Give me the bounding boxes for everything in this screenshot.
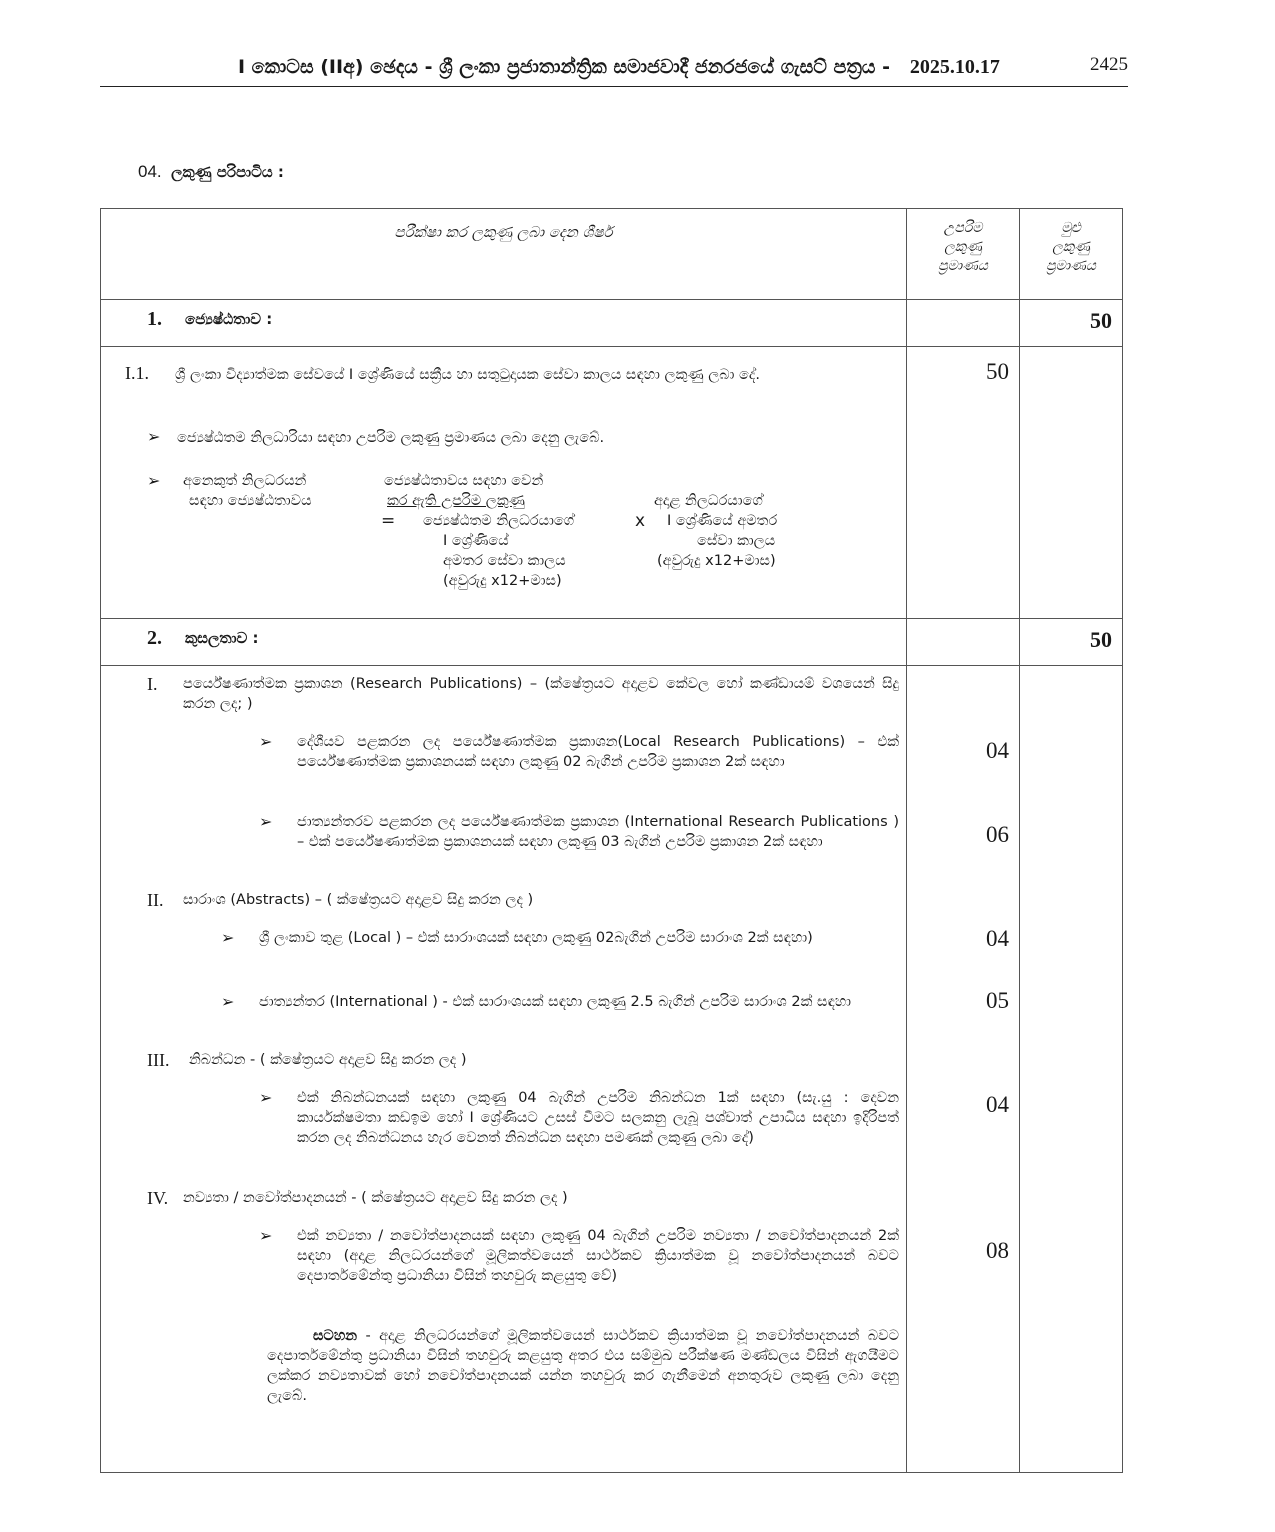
- formula-bullet: ➢: [147, 471, 177, 492]
- table-header-row: පරීක්ෂා කර ලකුණු ලබා දෙන ශීර්ෂ උපරිම ලකු…: [101, 209, 1123, 300]
- item-local-publications: දේශීයව පළකරන ලද පර්යේෂණාත්මක ප්‍රකාශන(Lo…: [297, 732, 899, 772]
- seniority-max-marks: 50: [986, 359, 1009, 385]
- header-subject: පරීක්ෂා කර ලකුණු ලබා දෙන ශීර්ෂ: [101, 209, 907, 300]
- arrow-bullet-icon: ➢: [259, 1088, 289, 1108]
- marks-table: පරීක්ෂා කර ලකුණු ලබා දෙන ශීර්ෂ උපරිම ලකු…: [100, 208, 1123, 1473]
- item-local-abstracts: ශ්‍රී ලංකාව තුළ (Local ) – එක් සාරාංශයක්…: [259, 928, 899, 948]
- group-research-publications: පර්යේෂණාත්මක ප්‍රකාශන (Research Publicat…: [183, 674, 899, 714]
- group-theses: නිබන්ධන - ( ක්ෂේත්‍රයට අදාළව සිදු කරන ලද…: [189, 1050, 899, 1070]
- arrow-bullet-icon: ➢: [221, 928, 251, 948]
- seniority-heading-row: 1.ජ්‍යෙෂ්ඨතාව : 50: [101, 300, 1123, 347]
- arrow-bullet-icon: ➢: [259, 812, 289, 832]
- item-innovations: එක් නව්‍යතා / නවෝත්පාදනයක් සඳහා ලකුණු 04…: [297, 1226, 899, 1286]
- skill-total: 50: [1020, 619, 1123, 666]
- gazette-title: I කොටස (IIඅ) ඡෙදය - ශ්‍රී ලංකා ප්‍රජාතාන…: [238, 56, 1000, 79]
- skill-body-row: I. පර්යේෂණාත්මක ප්‍රකාශන (Research Publi…: [101, 666, 1123, 1473]
- gazette-date: 2025.10.17: [910, 56, 1000, 78]
- seniority-item-text: ශ්‍රී ලංකා විද්‍යාත්මක සේවයේ I ශ්‍රේණියේ…: [175, 365, 899, 385]
- item-international-abstracts: ජාත්‍යන්තර (International ) - එක් සාරාංශ…: [259, 992, 899, 1012]
- section-title-text: ලකුණු පරිපාටිය :: [171, 163, 284, 181]
- marks-local-publications: 04: [986, 738, 1009, 764]
- innovation-note: සටහන - අදාළ නිලධරයන්ගේ මූලිකත්වයෙන් සාර්…: [267, 1326, 899, 1406]
- section-title: 04. ලකුණු පරිපාටිය :: [138, 162, 284, 182]
- marks-local-abstracts: 04: [986, 926, 1009, 952]
- marks-international-publications: 06: [986, 822, 1009, 848]
- arrow-bullet-icon: ➢: [259, 732, 289, 752]
- skill-title: කුසලතාව :: [185, 629, 259, 647]
- seniority-bullet: ➢ජ්‍යෙෂ්ඨතම නිලධාරියා සඳහා උපරිම ලකුණු ප…: [147, 427, 907, 448]
- seniority-title: ජ්‍යෙෂ්ඨතාව :: [185, 310, 272, 328]
- section-number: 04.: [138, 162, 162, 181]
- item-theses: එක් නිබන්ධනයක් සඳහා ලකුණු 04 බැගින් උපරි…: [297, 1088, 899, 1148]
- arrow-bullet-icon: ➢: [221, 992, 251, 1012]
- header-total-marks: මුළු ලකුණු ප්‍රමාණය: [1020, 209, 1123, 300]
- group-abstracts: සාරාංශ (Abstracts) – ( ක්ෂේත්‍රයට අදාළව …: [183, 890, 899, 910]
- marks-international-abstracts: 05: [986, 988, 1009, 1014]
- arrow-bullet-icon: ➢: [259, 1226, 289, 1246]
- item-international-publications: ජාත්‍යන්තරව පළකරන ලද පර්යේෂණාත්මක ප්‍රකා…: [297, 812, 899, 852]
- arrow-bullet-icon: ➢: [147, 471, 177, 491]
- skill-heading-row: 2.කුසලතාව : 50: [101, 619, 1123, 666]
- marks-innovations: 08: [986, 1238, 1009, 1264]
- note-text: - අදාළ නිලධරයන්ගේ මූලිකත්වයෙන් සාර්ථකව ක…: [267, 1328, 899, 1404]
- page-number: 2425: [1090, 54, 1128, 76]
- header-max-marks: උපරිම ලකුණු ප්‍රමාණය: [907, 209, 1020, 300]
- note-label: සටහන: [313, 1328, 357, 1344]
- arrow-bullet-icon: ➢: [147, 427, 177, 447]
- seniority-total: 50: [1020, 300, 1123, 347]
- seniority-body-row: I.1. ශ්‍රී ලංකා විද්‍යාත්මක සේවයේ I ශ්‍ර…: [101, 347, 1123, 619]
- gazette-title-text: I කොටස (IIඅ) ඡෙදය - ශ්‍රී ලංකා ප්‍රජාතාන…: [238, 56, 890, 78]
- item-label: I.1.: [125, 363, 149, 384]
- page-header: I කොටස (IIඅ) ඡෙදය - ශ්‍රී ලංකා ප්‍රජාතාන…: [100, 52, 1128, 87]
- marks-theses: 04: [986, 1092, 1009, 1118]
- group-innovations: නව්‍යතා / නවෝත්පාදනයන් - ( ක්ෂේත්‍රයට අද…: [183, 1188, 899, 1208]
